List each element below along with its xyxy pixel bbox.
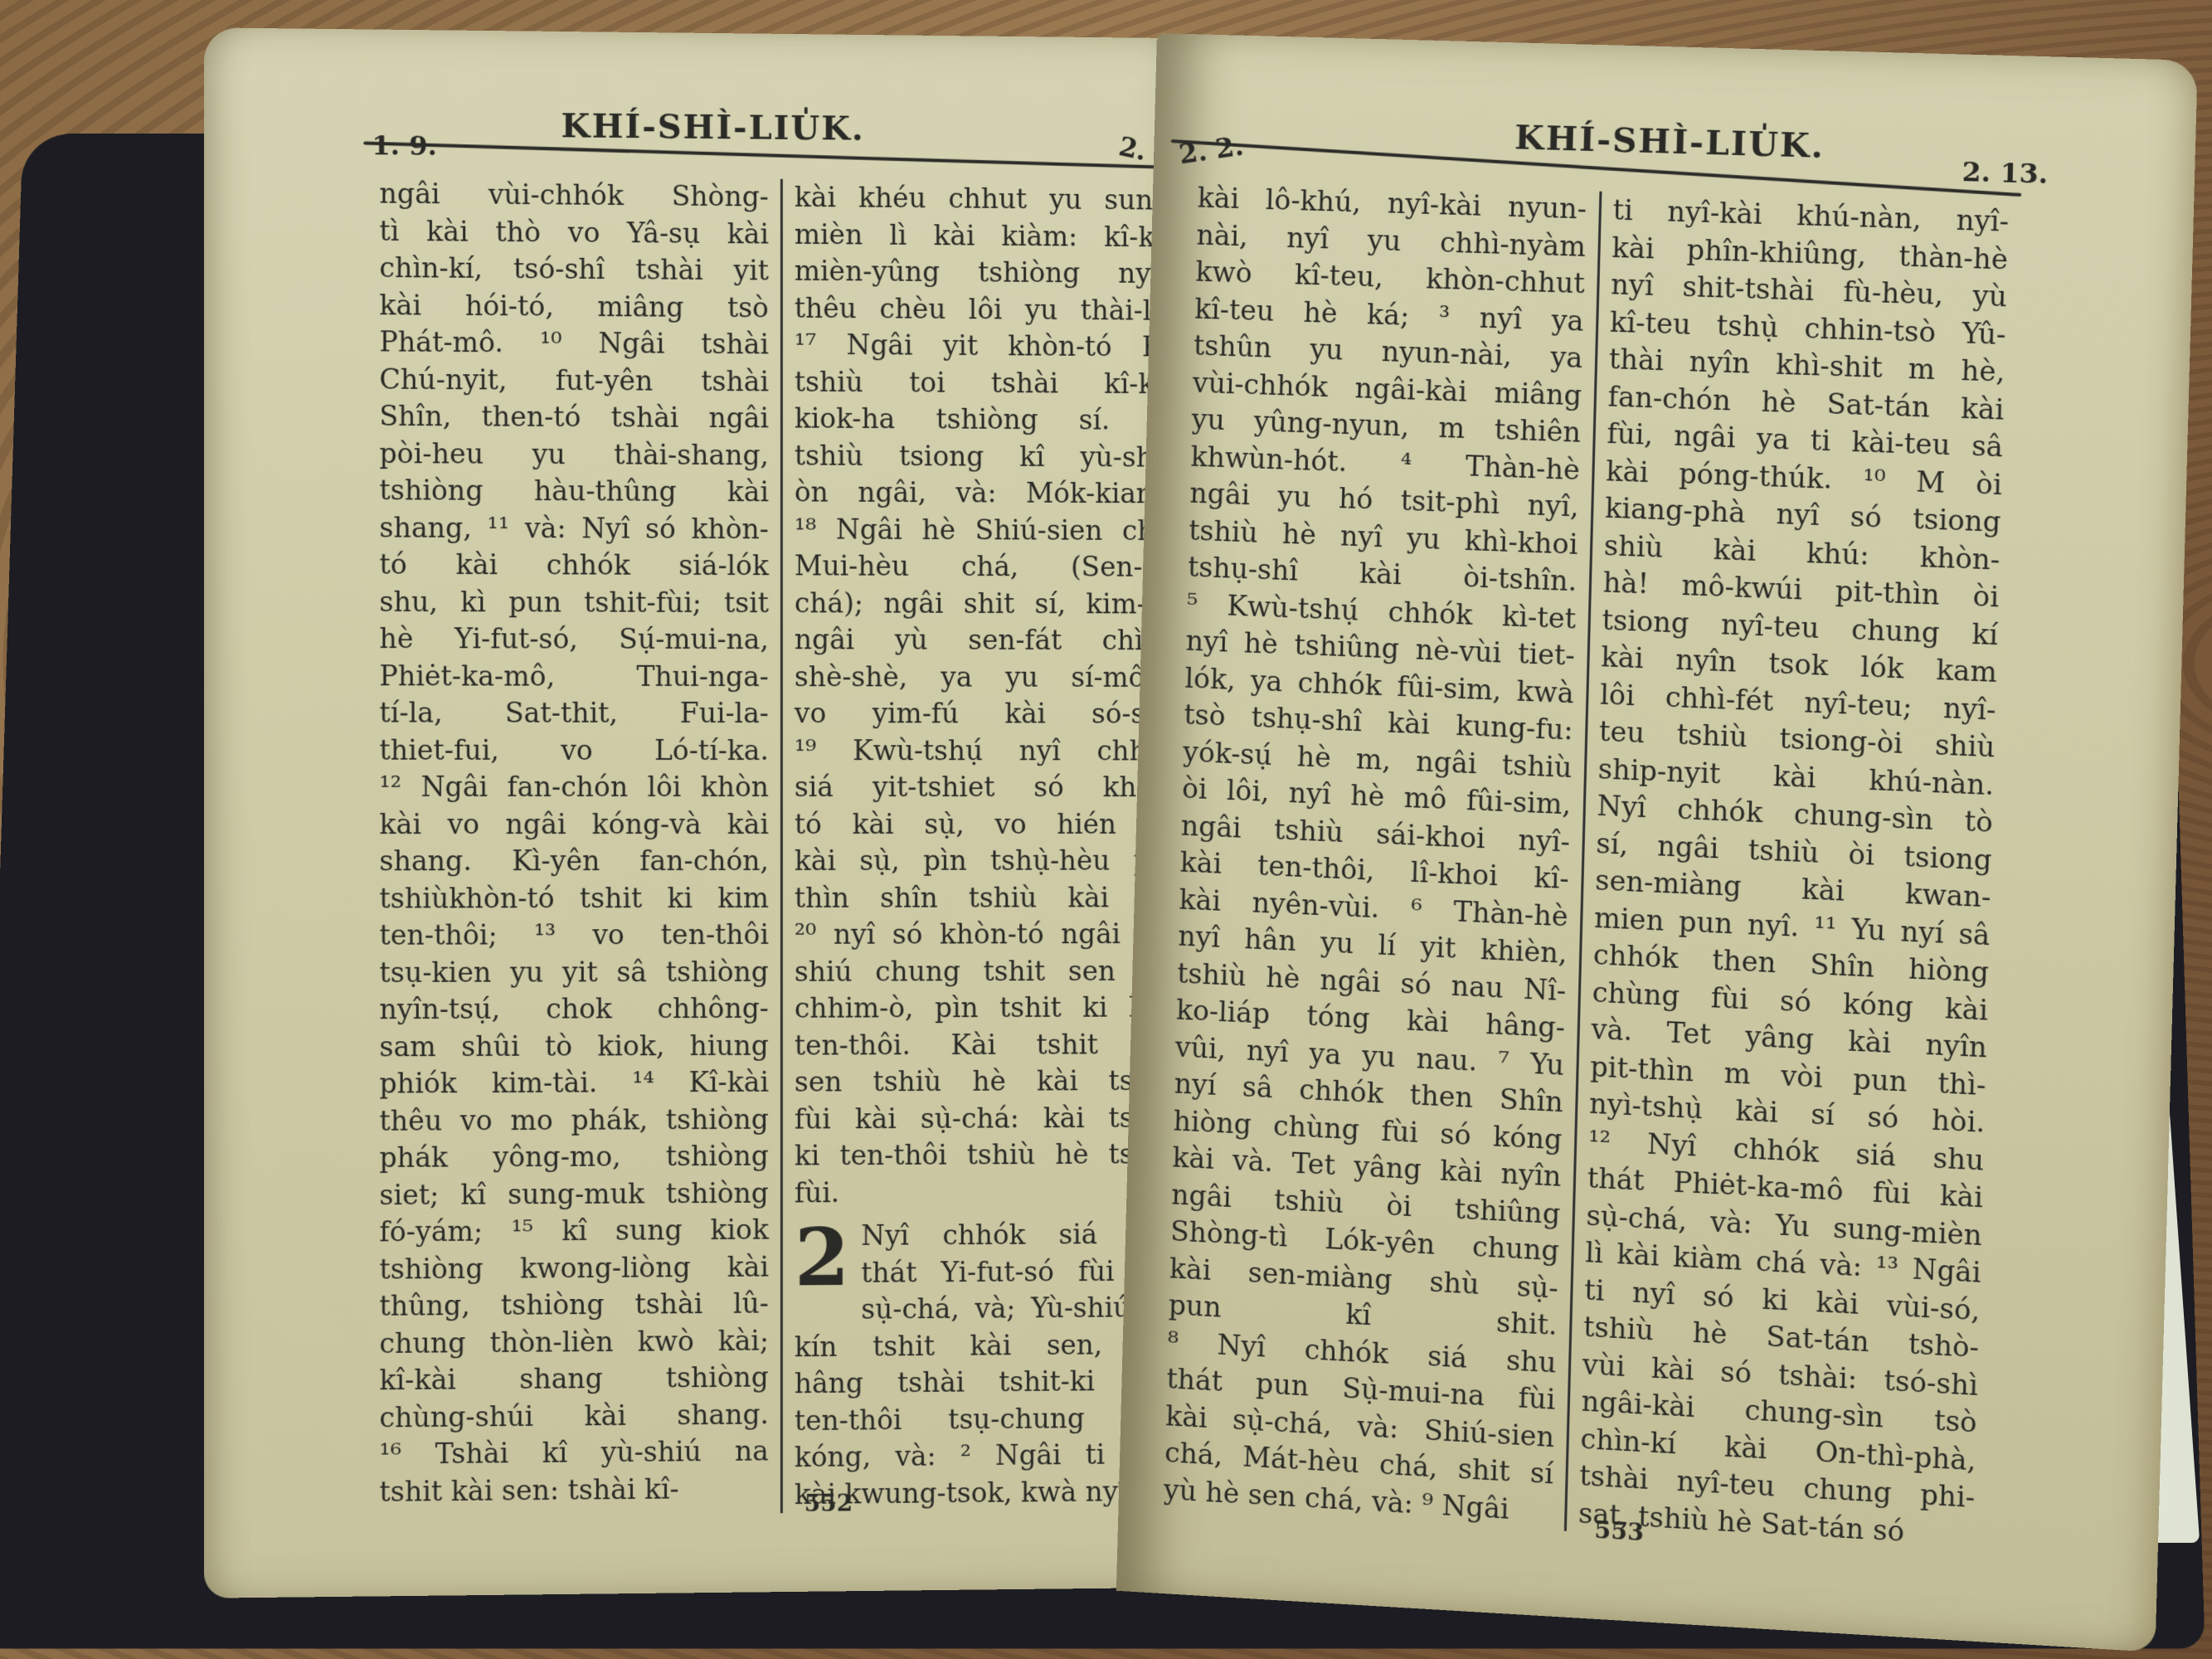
text-line: phiók kim-tài. ¹⁴ Kî-kài xyxy=(379,1064,769,1102)
text-line: pòi-heu yu thài-shang, xyxy=(379,435,769,474)
text-line: Mui-hèu chá, (Sen-fát xyxy=(795,547,1179,586)
text-line: Shîn, then-tó tshài ngâi xyxy=(379,398,769,437)
left-page: 1. 9. KHÍ-SHÌ-LIU̍K. 2. 2. ngâi vùi-chhó… xyxy=(204,27,1215,1598)
text-line: tsụ-kien yu yit sâ tshiòng xyxy=(379,953,769,991)
text-line: shè-shè, ya yu sí-mông xyxy=(795,659,1179,696)
text-line: thêu chèu lôi yu thài-lit. xyxy=(795,289,1179,329)
text-line: ¹⁶ Tshài kî yù-shiú na xyxy=(379,1433,769,1473)
right-page-column-1: kài lô-khú, nyî-kài nyun-nài, nyî yu chh… xyxy=(1151,179,1598,1531)
text-line: kî-kài shang tshiòng xyxy=(379,1359,769,1399)
right-page-verse-ref-end: 2. 13. xyxy=(1962,156,2049,191)
text-line: Chú-nyit, fut-yên tshài xyxy=(379,361,769,400)
text-line: shu, kì pun tshit-fùi; tsit xyxy=(379,583,769,621)
right-page-columns: kài lô-khú, nyî-kài nyun-nài, nyî yu chh… xyxy=(1151,179,2021,1555)
text-line: chhim-ò, pìn tshit ki kim xyxy=(795,990,1179,1028)
text-line: sam shûi tò kiok, hiung xyxy=(379,1027,769,1065)
text-line: shang, ¹¹ và: Nyî só khòn- xyxy=(379,509,769,547)
text-line: kiok-ha tshiòng sí. Kî xyxy=(795,401,1179,440)
text-line: ngâi yù sen-fát chì-tò xyxy=(795,621,1179,659)
left-page-header: 1. 9. KHÍ-SHÌ-LIU̍K. 2. 2. xyxy=(204,86,1215,171)
text-line: sụ̀-chá, và; Yù-shiú na xyxy=(795,1289,1179,1329)
text-line: thûng, tshiòng tshài lû- xyxy=(379,1286,769,1326)
text-line: Phát-mô. ¹⁰ Ngâi tshài xyxy=(379,324,769,363)
text-line: tshiùkhòn-tó tshit ki kim xyxy=(379,879,769,917)
text-line: chìn-kí, tsó-shî tshài yit xyxy=(379,250,769,289)
text-line: ngâi vùi-chhók Shòng- xyxy=(379,175,769,216)
text-line: vo yim-fú kài só-shi. xyxy=(795,695,1179,732)
text-line: shiú chung tshit sen kài xyxy=(795,952,1179,990)
left-page-column-1: ngâi vùi-chhók Shòng-tì kài thò vo Yâ-sụ… xyxy=(367,175,780,1517)
text-line: fùi kài sụ̀-chá: kài tshit- xyxy=(795,1099,1179,1137)
text-line: sen tshiù hè kài tshit- xyxy=(795,1063,1179,1101)
text-line: ten-thôi. Kài tshit kài xyxy=(795,1026,1179,1064)
text-line: kài vo ngâi kóng-và kài xyxy=(379,805,769,843)
text-line: thêu vo mo phák, tshiòng xyxy=(379,1101,769,1140)
text-line: tshiòng hàu-thûng kài xyxy=(379,472,769,511)
text-line: tshiù toi tshài kî-kài xyxy=(795,363,1179,402)
text-line: òn ngâi, và: Mók-kiang. xyxy=(795,474,1179,512)
text-line: hè Yi-fut-só, Sụ́-mui-na, xyxy=(379,620,769,659)
page-number: 553 xyxy=(1594,1516,1644,1547)
text-line: siet; kî sung-muk tshiòng xyxy=(379,1175,769,1214)
text-line: fó-yám; ¹⁵ kî sung kiok xyxy=(379,1212,769,1251)
text-line: mièn-yûng tshiòng nyit- xyxy=(795,253,1179,293)
text-line: tó kài sụ̀, vo hién yu xyxy=(795,806,1179,843)
text-line: ¹² Ngâi fan-chón lôi khòn xyxy=(379,769,769,806)
page-number: 552 xyxy=(805,1489,853,1517)
text-line: nyîn-tsụ́, chok chhông- xyxy=(379,990,769,1029)
right-page: 2. 2. KHÍ-SHÌ-LIU̍K. 2. 13. kài lô-khú, … xyxy=(1116,33,2198,1652)
text-line: kài sụ̀, pìn tshụ̀-hèu pit- xyxy=(795,843,1179,880)
text-line: ¹⁸ Ngâi hè Shiú-sien chá, xyxy=(795,511,1179,549)
text-line: thìn shîn tshiù kài sụ̀, xyxy=(795,879,1179,917)
text-line: chá); ngâi shit sí, kim-hà xyxy=(795,585,1179,623)
text-line: thát Yi-fut-só fùi kài xyxy=(795,1253,1179,1292)
text-line: siá yit-tshiet só khòn- xyxy=(795,769,1179,805)
text-line: tshiù tsiong kî yù-shiú xyxy=(795,437,1179,476)
text-line: phák yông-mo, tshiòng xyxy=(379,1138,769,1177)
text-line: fùi. xyxy=(795,1173,1179,1212)
left-page-columns: ngâi vùi-chhók Shòng-tì kài thò vo Yâ-sụ… xyxy=(367,175,1191,1517)
right-page-header: 2. 2. KHÍ-SHÌ-LIU̍K. 2. 13. xyxy=(1154,91,2196,196)
column-2-text: kài khéu chhut yu sung-mièn lì kài kiàm:… xyxy=(795,179,1179,1212)
text-line: thiet-fui, vo Ló-tí-ka. xyxy=(379,732,769,769)
text-line: mièn lì kài kiàm: kî-kài xyxy=(795,216,1179,255)
text-line: ¹⁷ Ngâi yit khòn-tó Kî, xyxy=(795,327,1179,366)
text-line: chùng-shúi kài shang. xyxy=(379,1396,769,1437)
right-page-column-2: ti nyî-kài khú-nàn, nyî-kài phîn-khiûng,… xyxy=(1563,192,2021,1555)
text-line: shang. Kì-yên fan-chón, xyxy=(379,843,769,880)
text-line: tó kài chhók siá-lók xyxy=(379,547,769,585)
text-line: chung thòn-lièn kwò kài; xyxy=(379,1322,769,1362)
text-line: ki ten-thôi tshiù hè tshit- xyxy=(795,1136,1179,1175)
text-line: kài khéu chhut yu sung- xyxy=(795,179,1179,219)
left-page-running-title: KHÍ-SHÌ-LIU̍K. xyxy=(204,103,1215,152)
chapter-number: 2 xyxy=(795,1223,850,1292)
text-line: ¹⁹ Kwù-tshụ́ nyî chhók xyxy=(795,732,1179,770)
text-line: tí-la, Sat-thit, Fui-la- xyxy=(379,694,769,732)
text-line: tshiòng kwong-liòng kài xyxy=(379,1248,769,1288)
text-line: tì kài thò vo Yâ-sụ kài xyxy=(379,212,769,252)
text-line: ²⁰ nyî só khòn-tó ngâi yù- xyxy=(795,916,1179,953)
text-line: kài hói-tó, miâng tsò xyxy=(379,287,769,327)
text-line: Phiėt-ka-mô, Thui-nga- xyxy=(379,658,769,695)
text-line: tshit kài sen: tshài kî- xyxy=(379,1470,769,1511)
text-line: Nyî chhók siá shu xyxy=(795,1216,1179,1255)
text-line: ten-thôi; ¹³ vo ten-thôi xyxy=(379,917,769,954)
